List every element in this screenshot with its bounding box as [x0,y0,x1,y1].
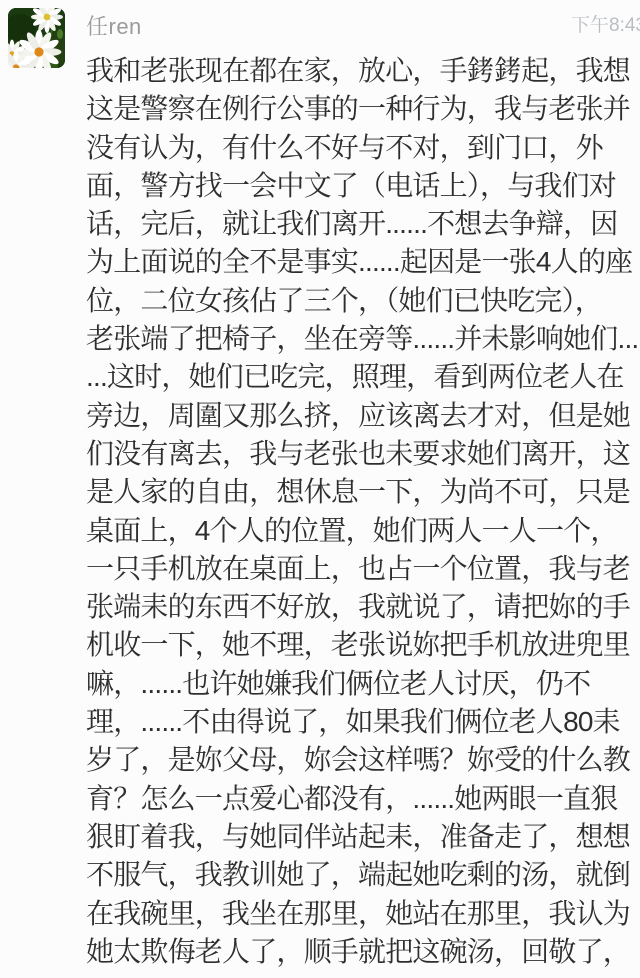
message-line: 嘛，......也许她嫌我们俩位老人讨厌，仍不 [86,665,630,703]
message-text: 我和老张现在都在家，放心，手銬銬起，我想这是警察在例行公事的一种行为，我与老张并… [86,52,630,971]
message-line: 育？怎么一点爱心都没有，......她两眼一直狠 [86,780,630,818]
message-line: 位，二位女孩佔了三个，（她们已快吃完）， [86,282,630,320]
message-line: 们没有离去，我与老张也未要求她们离开，这 [86,435,630,473]
message-line: 面，警方找一会中文了（电话上），与我们对 [86,167,630,205]
message-line: 是人家的自由，想休息一下，为尚不可，只是 [86,473,630,511]
message-line: 张端耒的东西不好放，我就说了，请把妳的手 [86,588,630,626]
message-line: 老张端了把椅子，坐在旁等......并未影响她们... [86,320,630,358]
message-line: 在我碗里，我坐在那里，她站在那里，我认为 [86,895,630,933]
message-line: 没有认为，有什么不好与不对，到门口，外 [86,129,630,167]
message-line: 旁边，周圍又那么挤，应该离去才对，但是她 [86,397,630,435]
message-line: 一只手机放在桌面上，也占一个位置，我与老 [86,550,630,588]
message-line: 理，......不由得说了，如果我们俩位老人80耒 [86,703,630,741]
message-line: ...这时，她们已吃完，照理，看到两位老人在 [86,358,630,396]
sender-name: 任ren [86,13,142,41]
message-content: 任ren 下午8:43 我和老张现在都在家，放心，手銬銬起，我想这是警察在例行公… [86,8,630,971]
message-line: 不服气，我教训她了，端起她吃剩的汤，就倒 [86,856,630,894]
timestamp: 下午8:43 [571,13,640,39]
message-line: 岁了，是妳父母，妳会这样嗎？妳受的什么教 [86,741,630,779]
message-line: 我和老张现在都在家，放心，手銬銬起，我想 [86,52,630,90]
message-line: 桌面上，4个人的位置，她们两人一人一个， [86,512,630,550]
message-line: 狠盯着我，与她同伴站起耒，准备走了，想想 [86,818,630,856]
message-line: 这是警察在例行公事的一种行为，我与老张并 [86,90,630,128]
daisy-flowers-photo-icon [8,8,65,68]
message-line: 她太欺侮老人了，顺手就把这碗汤，回敬了， [86,933,630,971]
chat-message: 任ren 下午8:43 我和老张现在都在家，放心，手銬銬起，我想这是警察在例行公… [0,0,640,971]
message-line: 话，完后，就让我们离开......不想去争辯，因 [86,205,630,243]
message-line: 机收一下，她不理，老张说妳把手机放进兜里 [86,626,630,664]
message-header: 任ren 下午8:43 [86,13,630,46]
message-line: 为上面说的全不是事实......起因是一张4人的座 [86,243,630,281]
avatar[interactable] [8,8,65,68]
